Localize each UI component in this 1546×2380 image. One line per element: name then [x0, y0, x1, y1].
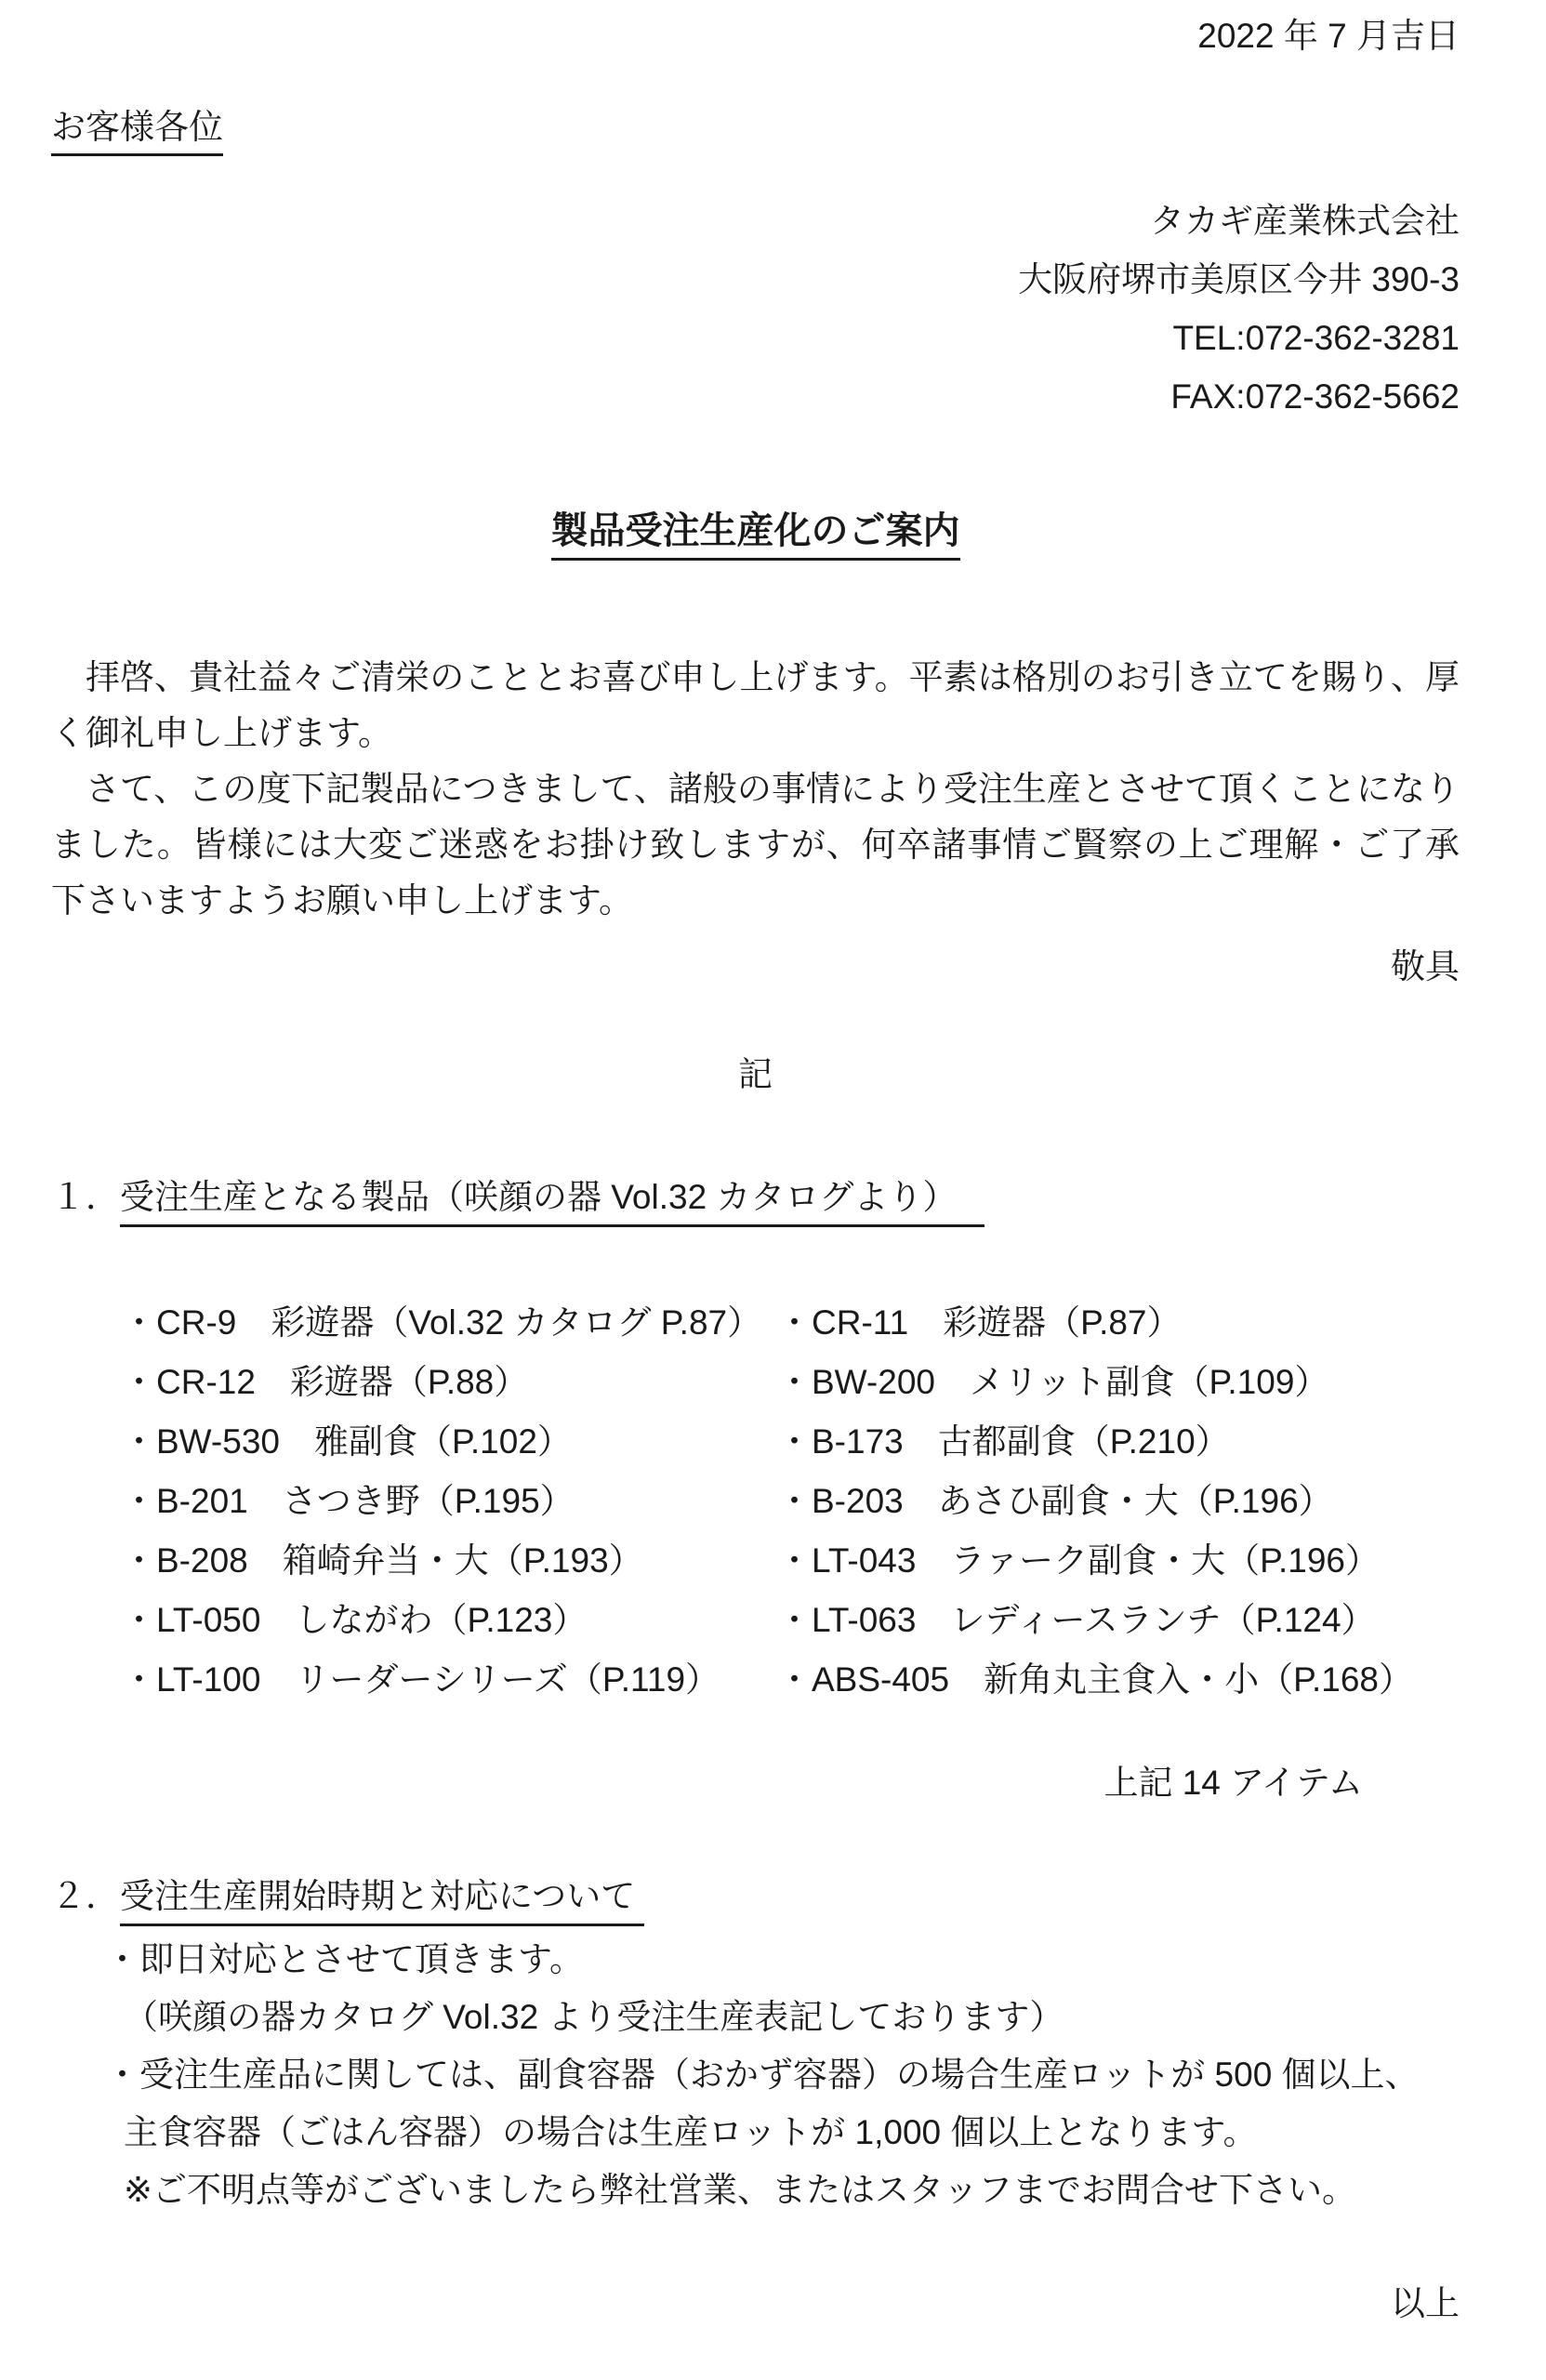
closing-keigu: 敬具 [51, 945, 1460, 988]
record-marker: 記 [51, 1053, 1460, 1096]
recipient: お客様各位 [51, 108, 223, 156]
letter-page: 2022 年 7 月吉日 お客様各位 タカギ産業株式会社 大阪府堺市美原区今井 … [0, 0, 1546, 2380]
letter-date: 2022 年 7 月吉日 [51, 15, 1460, 58]
product-list: ・CR-9 彩遊器（Vol.32 カタログ P.87） ・CR-12 彩遊器（P… [51, 1293, 1460, 1710]
section1-number: １． [51, 1178, 120, 1216]
section2-details: ・即日対応とさせて頂きます。 （咲顔の器カタログ Vol.32 より受注生産表記… [51, 1931, 1460, 2219]
title-row: 製品受注生産化のご案内 [51, 508, 1460, 555]
document-title: 製品受注生産化のご案内 [551, 510, 960, 561]
greeting-paragraph: 拝啓、貴社益々ご清栄のこととお喜び申し上げます。平素は格別のお引き立てを賜り、厚… [51, 650, 1460, 761]
section2-line: （咲顔の器カタログ Vol.32 より受注生産表記しております） [124, 1989, 1460, 2046]
product-list-left-column: ・CR-9 彩遊器（Vol.32 カタログ P.87） ・CR-12 彩遊器（P… [51, 1293, 777, 1710]
product-item: ・LT-100 リーダーシリーズ（P.119） [122, 1650, 777, 1710]
section2-heading-row: ２．受注生産開始時期と対応について [51, 1875, 1460, 1918]
sender-tel: TEL:072-362-3281 [51, 309, 1460, 367]
section2-line: ※ご不明点等がございましたら弊社営業、またはスタッフまでお問合せ下さい。 [124, 2162, 1460, 2219]
sender-fax: FAX:072-362-5662 [51, 367, 1460, 426]
product-item: ・LT-050 しながわ（P.123） [122, 1591, 777, 1650]
announcement-paragraph: さて、この度下記製品につきまして、諸般の事情により受注生産とさせて頂くことになり… [51, 761, 1460, 929]
section1-heading-row: １．受注生産となる製品（咲顔の器 Vol.32 カタログより） [51, 1176, 1460, 1219]
product-item: ・BW-530 雅副食（P.102） [122, 1412, 777, 1472]
product-item: ・ABS-405 新角丸主食入・小（P.168） [777, 1650, 1460, 1710]
product-item: ・B-208 箱崎弁当・大（P.193） [122, 1531, 777, 1591]
section2-line: ・受注生産品に関しては、副食容器（おかず容器）の場合生産ロットが 500 個以上… [105, 2046, 1460, 2104]
footer-ijou: 以上 [51, 2282, 1460, 2325]
section2-line: ・即日対応とさせて頂きます。 [105, 1931, 1460, 1989]
item-count-note: 上記 14 アイテム [51, 1762, 1460, 1805]
product-item: ・B-203 あさひ副食・大（P.196） [777, 1472, 1460, 1531]
product-item: ・LT-043 ラァーク副食・大（P.196） [777, 1531, 1460, 1591]
product-list-right-column: ・CR-11 彩遊器（P.87） ・BW-200 メリット副食（P.109） ・… [777, 1293, 1460, 1710]
product-item: ・LT-063 レディースランチ（P.124） [777, 1591, 1460, 1650]
section2-line: 主食容器（ごはん容器）の場合は生産ロットが 1,000 個以上となります。 [124, 2104, 1460, 2162]
product-item: ・B-173 古都副食（P.210） [777, 1412, 1460, 1472]
sender-block: タカギ産業株式会社 大阪府堺市美原区今井 390-3 TEL:072-362-3… [51, 192, 1460, 426]
product-item: ・CR-12 彩遊器（P.88） [122, 1353, 777, 1412]
section2-number: ２． [51, 1877, 120, 1915]
sender-address: 大阪府堺市美原区今井 390-3 [51, 250, 1460, 309]
product-item: ・BW-200 メリット副食（P.109） [777, 1353, 1460, 1412]
recipient-row: お客様各位 [51, 106, 1460, 149]
product-item: ・CR-9 彩遊器（Vol.32 カタログ P.87） [122, 1293, 777, 1353]
section2-heading: 受注生産開始時期と対応について [120, 1877, 644, 1926]
letter-body: 拝啓、貴社益々ご清栄のこととお喜び申し上げます。平素は格別のお引き立てを賜り、厚… [51, 650, 1460, 929]
sender-company: タカギ産業株式会社 [51, 192, 1460, 250]
section1-heading: 受注生産となる製品（咲顔の器 Vol.32 カタログより） [120, 1178, 984, 1227]
product-item: ・B-201 さつき野（P.195） [122, 1472, 777, 1531]
product-item: ・CR-11 彩遊器（P.87） [777, 1293, 1460, 1353]
